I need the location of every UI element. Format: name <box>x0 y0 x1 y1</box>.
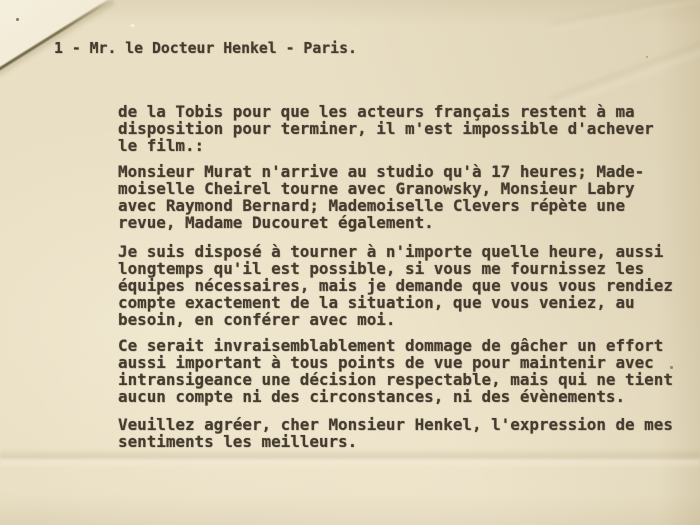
paper-speck <box>130 24 135 27</box>
letter-paragraph: de la Tobis pour que les acteurs françai… <box>118 103 654 154</box>
paper-speck <box>16 18 19 21</box>
letter-paragraph: Veuillez agréer, cher Monsieur Henkel, l… <box>118 416 673 450</box>
letter-paragraph: Je suis disposé à tourner à n'importe qu… <box>118 243 673 328</box>
letter-paragraph: Ce serait invraisemblablement dommage de… <box>118 337 673 405</box>
paper-speck <box>646 56 648 58</box>
diagonal-crease <box>550 0 700 33</box>
letter-scan-page: 1 - Mr. le Docteur Henkel - Paris. de la… <box>0 0 700 525</box>
letter-header: 1 - Mr. le Docteur Henkel - Paris. <box>54 40 357 57</box>
letter-paragraph: Monsieur Murat n'arrive au studio qu'à 1… <box>118 163 644 231</box>
diagonal-crease <box>551 37 700 111</box>
horizontal-crease <box>0 449 700 469</box>
